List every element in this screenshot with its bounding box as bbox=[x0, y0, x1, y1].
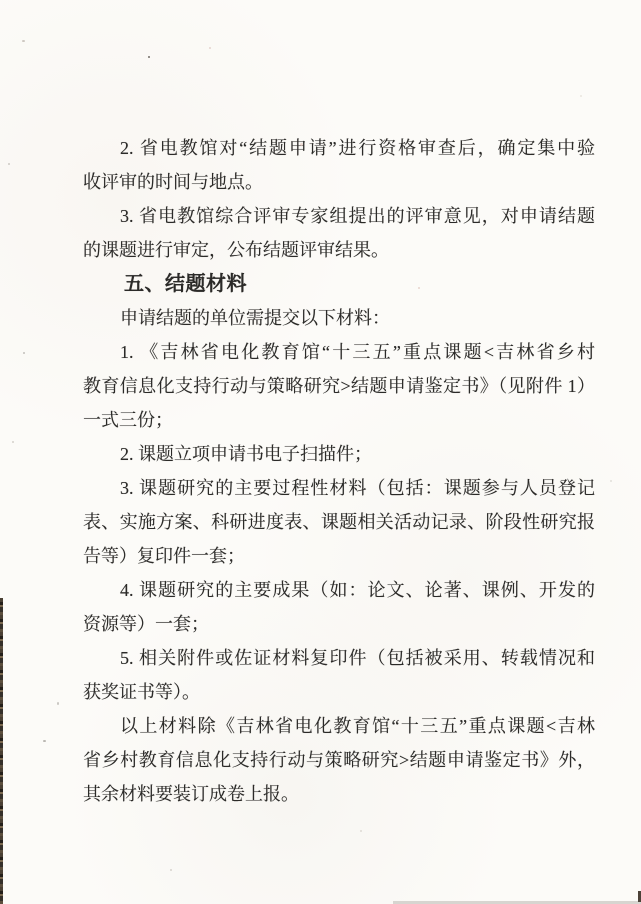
scan-speck bbox=[610, 480, 612, 482]
section-heading: 五、结题材料 bbox=[83, 267, 595, 301]
text-line: 3. 课题研究的主要过程性材料（包括：课题参与人员登记 bbox=[83, 471, 595, 505]
scan-speck bbox=[57, 702, 59, 705]
scan-speck bbox=[23, 352, 25, 354]
text-line: 2. 课题立项申请书电子扫描件； bbox=[83, 437, 595, 471]
document-body: 2. 省电教馆对“结题申请”进行资格审查后，确定集中验 收评审的时间与地点。 3… bbox=[83, 131, 595, 811]
text-line: 1. 《吉林省电化教育馆“十三五”重点课题<吉林省乡村 bbox=[83, 335, 595, 369]
scan-speck bbox=[300, 143, 303, 146]
text-line: 收评审的时间与地点。 bbox=[83, 165, 595, 199]
scan-speck bbox=[12, 441, 14, 443]
scan-speck bbox=[580, 95, 582, 97]
text-line: 告等）复印件一套； bbox=[83, 539, 595, 573]
text-line: 的课题进行审定，公布结题评审结果。 bbox=[83, 233, 595, 267]
text-line: 5. 相关附件或佐证材料复印件（包括被采用、转载情况和 bbox=[83, 641, 595, 675]
text-line: 教育信息化支持行动与策略研究>结题申请鉴定书》（见附件 1） bbox=[83, 369, 595, 403]
text-line: 获奖证书等）。 bbox=[83, 675, 595, 709]
text-line: 一式三份； bbox=[83, 403, 595, 437]
scan-speck bbox=[209, 47, 211, 49]
scan-speck bbox=[418, 287, 420, 289]
scan-speck bbox=[43, 740, 46, 742]
scan-speck bbox=[360, 830, 362, 832]
scan-speck bbox=[520, 142, 522, 144]
scan-speck bbox=[148, 56, 150, 58]
text-line: 表、实施方案、科研进度表、课题相关活动记录、阶段性研究报 bbox=[83, 505, 595, 539]
text-line: 申请结题的单位需提交以下材料： bbox=[83, 301, 595, 335]
scan-speck bbox=[8, 163, 10, 165]
scan-speck bbox=[22, 40, 25, 42]
text-line: 3. 省电教馆综合评审专家组提出的评审意见，对申请结题 bbox=[83, 199, 595, 233]
scan-edge-artifact-left bbox=[0, 598, 3, 904]
text-line: 以上材料除《吉林省电化教育馆“十三五”重点课题<吉林 bbox=[83, 709, 595, 743]
scanned-document-page: 2. 省电教馆对“结题申请”进行资格审查后，确定集中验 收评审的时间与地点。 3… bbox=[0, 0, 641, 904]
text-line: 省乡村教育信息化支持行动与策略研究>结题申请鉴定书》外， bbox=[83, 743, 595, 777]
text-line: 2. 省电教馆对“结题申请”进行资格审查后，确定集中验 bbox=[83, 131, 595, 165]
text-line: 其余材料要装订成卷上报。 bbox=[83, 777, 595, 811]
text-line: 资源等）一套； bbox=[83, 607, 595, 641]
text-line: 4. 课题研究的主要成果（如：论文、论著、课例、开发的 bbox=[83, 573, 595, 607]
scan-speck bbox=[170, 869, 172, 871]
